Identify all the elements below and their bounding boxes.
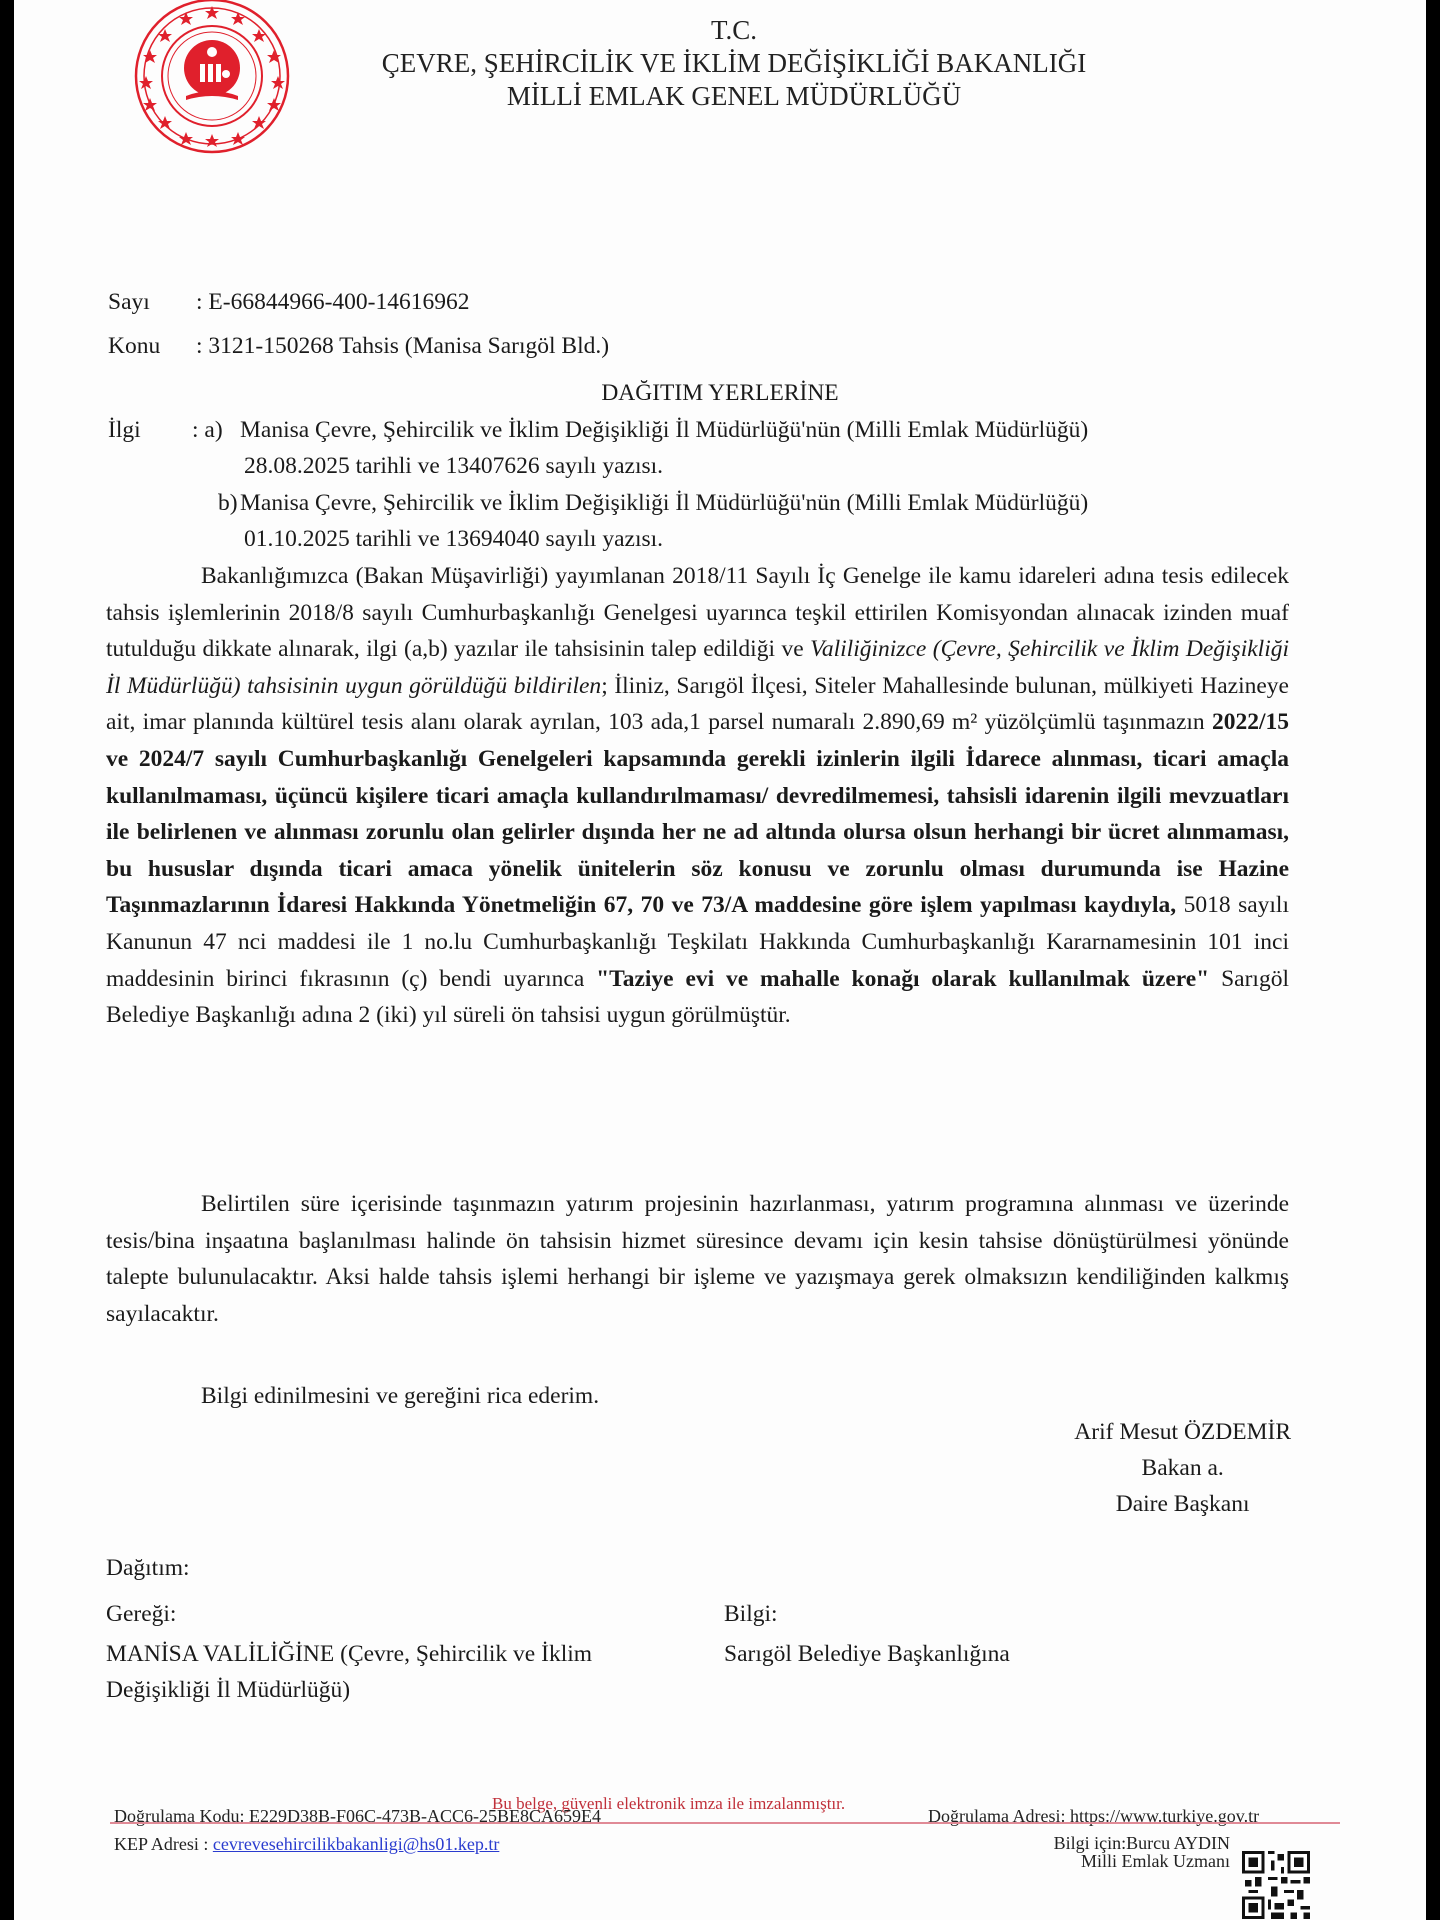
document-page: T.C. ÇEVRE, ŞEHİRCİLİK VE İKLİM DEĞİŞİKL… xyxy=(14,0,1426,1920)
ilgi-b-line2: 01.10.2025 tarihli ve 13694040 sayılı ya… xyxy=(244,521,663,558)
footer-divider xyxy=(110,1822,1340,1824)
kep-label: KEP Adresi : xyxy=(114,1834,213,1854)
ilgi-b-line1: Manisa Çevre, Şehircilik ve İklim Değişi… xyxy=(240,485,1088,522)
kep-address: KEP Adresi : cevrevesehircilikbakanligi@… xyxy=(114,1834,499,1855)
kep-link[interactable]: cevrevesehircilikbakanligi@hs01.kep.tr xyxy=(213,1834,499,1854)
ilgi-a-line2: 28.08.2025 tarihli ve 13407626 sayılı ya… xyxy=(244,448,663,485)
ilgi-a-line1: Manisa Çevre, Şehircilik ve İklim Değişi… xyxy=(240,412,1088,449)
konu-value: : 3121-150268 Tahsis (Manisa Sarıgöl Bld… xyxy=(196,328,609,365)
signatory-name: Arif Mesut ÖZDEMİR xyxy=(1074,1414,1291,1450)
sayi-label: Sayı xyxy=(108,284,150,321)
header-tc: T.C. xyxy=(314,14,1154,46)
distribution-gereği-line2: Değişikliği İl Müdürlüğü) xyxy=(106,1672,350,1709)
paragraph-duration-text: Belirtilen süre içerisinde taşınmazın ya… xyxy=(106,1191,1289,1327)
ministry-seal-icon xyxy=(122,0,302,158)
paragraph-allocation: Bakanlığımızca (Bakan Müşavirliği) yayım… xyxy=(106,558,1289,1034)
recipient-title: DAĞITIM YERLERİNE xyxy=(14,375,1426,412)
contact-title: Milli Emlak Uzmanı xyxy=(1054,1852,1230,1870)
ilgi-b-prefix: b) xyxy=(218,485,238,522)
ilgi-label: İlgi xyxy=(108,412,141,449)
konu-label: Konu xyxy=(108,328,160,365)
header-ministry: ÇEVRE, ŞEHİRCİLİK VE İKLİM DEĞİŞİKLİĞİ B… xyxy=(314,47,1154,79)
closing-sentence: Bilgi edinilmesini ve gereğini rica eder… xyxy=(201,1378,599,1415)
contact-info: Bilgi için:Burcu AYDIN Milli Emlak Uzman… xyxy=(1054,1834,1230,1870)
distribution-bilgi-line1: Sarıgöl Belediye Başkanlığına xyxy=(724,1636,1010,1673)
signatory-title2: Daire Başkanı xyxy=(1074,1486,1291,1522)
contact-person: Bilgi için:Burcu AYDIN xyxy=(1054,1834,1230,1852)
signature-block: Arif Mesut ÖZDEMİR Bakan a. Daire Başkan… xyxy=(1074,1414,1291,1522)
distribution-bilgi-label: Bilgi: xyxy=(724,1596,778,1633)
qr-code-icon xyxy=(1242,1850,1310,1920)
distribution-gereği-label: Gereği: xyxy=(106,1596,176,1633)
paragraph-bold-conditions: 2022/15 ve 2024/7 sayılı Cumhurbaşkanlığ… xyxy=(106,709,1289,918)
sayi-value: : E-66844966-400-14616962 xyxy=(196,284,470,321)
signatory-title1: Bakan a. xyxy=(1074,1450,1291,1486)
header-directorate: MİLLİ EMLAK GENEL MÜDÜRLÜĞÜ xyxy=(314,80,1154,112)
paragraph-duration: Belirtilen süre içerisinde taşınmazın ya… xyxy=(106,1186,1289,1332)
ilgi-a-prefix: : a) xyxy=(192,412,223,449)
distribution-title: Dağıtım: xyxy=(106,1550,190,1587)
paragraph-bold-purpose: "Taziye evi ve mahalle konağı olarak kul… xyxy=(596,966,1209,992)
distribution-gereği-line1: MANİSA VALİLİĞİNE (Çevre, Şehircilik ve … xyxy=(106,1636,592,1673)
